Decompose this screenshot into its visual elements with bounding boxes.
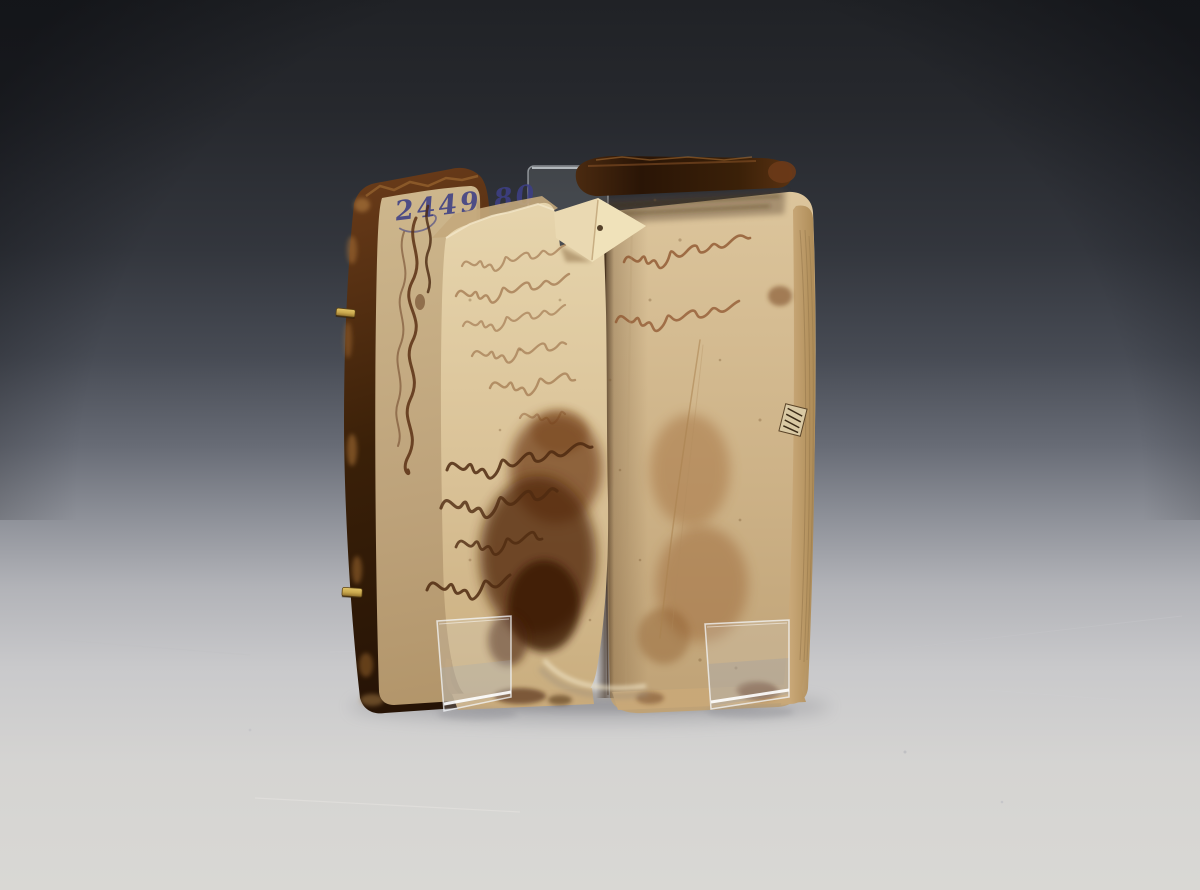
photograph: 2449 80 [0, 0, 1200, 890]
clasp-pin-bottom [342, 587, 363, 598]
photo-canvas: 2449 80 [0, 0, 1200, 890]
